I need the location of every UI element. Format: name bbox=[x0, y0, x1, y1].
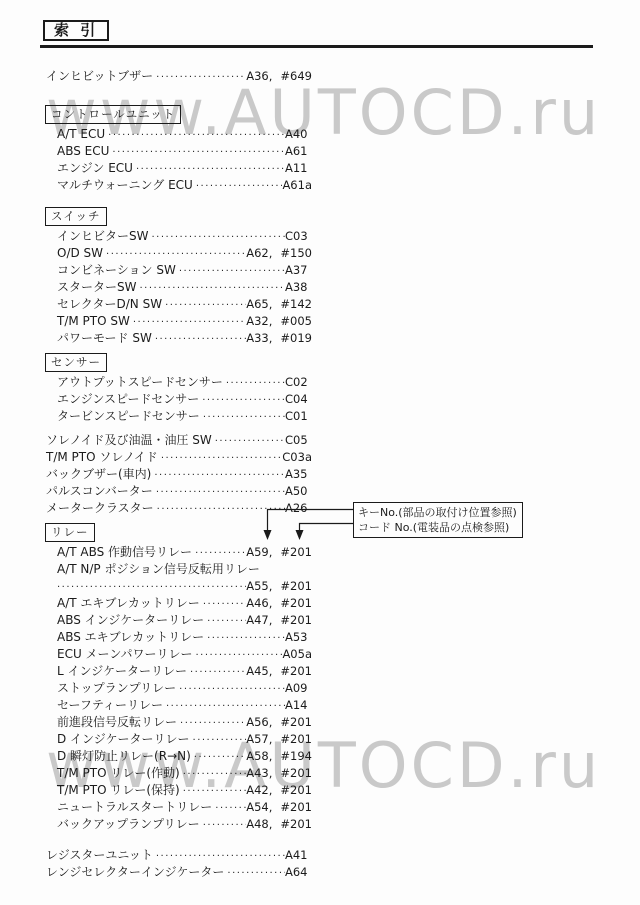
dot-leader bbox=[133, 314, 246, 331]
page-title: 索 引 bbox=[43, 20, 109, 41]
item-label: L インジケーターリレー bbox=[57, 663, 190, 680]
section-rows: インヒビターSWC03O/D SWA62,#150コンビネーション SWA37ス… bbox=[0, 228, 640, 347]
item-key: A57, bbox=[246, 731, 272, 748]
item-code: #142 bbox=[280, 296, 312, 313]
index-item: ニュートラルスタートリレーA54,#201 bbox=[57, 799, 312, 816]
item-key: A55, bbox=[246, 578, 272, 595]
item-label: インヒビットブザー bbox=[46, 68, 156, 85]
item-label: A/T エキブレカットリレー bbox=[57, 595, 203, 612]
index-item: マルチウォーニング ECUA61a bbox=[57, 177, 312, 194]
index-section: スイッチインヒビターSWC03O/D SWA62,#150コンビネーション SW… bbox=[0, 207, 640, 347]
index-list: インヒビットブザーA36,#649コントロールユニットA/T ECUA40ABS… bbox=[0, 68, 640, 881]
index-root-group: インヒビットブザーA36,#649 bbox=[0, 68, 640, 85]
item-code: #201 bbox=[280, 612, 312, 629]
dot-leader bbox=[180, 715, 246, 732]
section-header: コントロールユニット bbox=[45, 105, 181, 124]
item-code: #019 bbox=[280, 330, 312, 347]
item-key: A46, bbox=[246, 595, 272, 612]
item-key: A56, bbox=[246, 714, 272, 731]
index-item: T/M PTO リレー(作動)A43,#201 bbox=[57, 765, 312, 782]
item-code: A64 bbox=[285, 864, 312, 881]
item-label: メータークラスター bbox=[46, 500, 157, 517]
dot-leader bbox=[156, 848, 285, 865]
index-item: D 瞬灯防止リレー(R→N)A58,#194 bbox=[57, 748, 312, 765]
dot-leader bbox=[183, 766, 247, 783]
index-item: ECU メーンパワーリレーA05a bbox=[57, 646, 312, 663]
index-item: ソレノイド及び油温・油圧 SWC05 bbox=[46, 432, 312, 449]
item-label: ソレノイド及び油温・油圧 SW bbox=[46, 432, 215, 449]
item-code: C03a bbox=[282, 449, 312, 466]
item-label: インヒビターSW bbox=[57, 228, 151, 245]
item-label: ABS エキブレカットリレー bbox=[57, 629, 207, 646]
item-code: #201 bbox=[280, 578, 312, 595]
item-code: A40 bbox=[285, 126, 312, 143]
dot-leader bbox=[136, 161, 285, 178]
item-label: セーフティーリレー bbox=[57, 697, 166, 714]
section-header: センサー bbox=[45, 353, 107, 372]
dot-leader bbox=[112, 144, 285, 161]
index-item: T/M PTO リレー(保持)A42,#201 bbox=[57, 782, 312, 799]
item-code: #201 bbox=[280, 663, 312, 680]
item-code: A53 bbox=[285, 629, 312, 646]
index-section: コントロールユニットA/T ECUA40ABS ECUA61エンジン ECUA1… bbox=[0, 105, 640, 194]
item-key: A45, bbox=[246, 663, 272, 680]
item-code: A37 bbox=[285, 262, 312, 279]
index-item: レンジセレクターインジケーターA64 bbox=[46, 864, 312, 881]
index-item: コンビネーション SWA37 bbox=[57, 262, 312, 279]
index-item: エンジンスピードセンサーC04 bbox=[57, 391, 312, 408]
dot-leader bbox=[179, 681, 285, 698]
item-code: A26 bbox=[285, 500, 312, 517]
dot-leader bbox=[156, 69, 246, 86]
item-label: タービンスピードセンサー bbox=[57, 408, 203, 425]
item-label: ニュートラルスタートリレー bbox=[57, 799, 215, 816]
dot-leader bbox=[156, 484, 285, 501]
section-rows: レジスターユニットA41レンジセレクターインジケーターA64 bbox=[0, 847, 640, 881]
item-code: A50 bbox=[285, 483, 312, 500]
item-code: A11 bbox=[285, 160, 312, 177]
item-label: バックアップランプリレー bbox=[57, 816, 203, 833]
item-code: A61 bbox=[285, 143, 312, 160]
item-label: 前進段信号反転リレー bbox=[57, 714, 180, 731]
item-key: A59, bbox=[246, 544, 272, 561]
section-rows: ソレノイド及び油温・油圧 SWC05T/M PTO ソレノイドC03aバックブザ… bbox=[0, 432, 640, 517]
dot-leader bbox=[207, 630, 285, 647]
dot-leader bbox=[207, 613, 246, 630]
item-code: #649 bbox=[280, 68, 312, 85]
index-item: インヒビターSWC03 bbox=[57, 228, 312, 245]
dot-leader bbox=[151, 229, 285, 246]
item-label: ABS インジケーターリレー bbox=[57, 612, 207, 629]
dot-leader bbox=[215, 433, 285, 450]
index-item: L インジケーターリレーA45,#201 bbox=[57, 663, 312, 680]
section-rows: インヒビットブザーA36,#649 bbox=[0, 68, 640, 85]
dot-leader bbox=[161, 450, 282, 467]
index-item: T/M PTO ソレノイドC03a bbox=[46, 449, 312, 466]
index-root-group: ソレノイド及び油温・油圧 SWC05T/M PTO ソレノイドC03aバックブザ… bbox=[0, 432, 640, 517]
item-key: A32, bbox=[246, 313, 272, 330]
item-label: レンジセレクターインジケーター bbox=[46, 864, 227, 881]
index-item: A/T エキブレカットリレーA46,#201 bbox=[57, 595, 312, 612]
item-key: A54, bbox=[246, 799, 272, 816]
item-code: A14 bbox=[285, 697, 312, 714]
item-code: #201 bbox=[280, 782, 312, 799]
item-code: #201 bbox=[280, 595, 312, 612]
dot-leader bbox=[202, 392, 285, 409]
callout-line-key-no: キーNo.(部品の取付け位置参照) bbox=[358, 505, 518, 520]
item-label: O/D SW bbox=[57, 245, 106, 262]
index-page: www.AUTOCD.ru www.AUTOCD.ru 索 引 インヒビットブザ… bbox=[0, 0, 640, 905]
item-label: コンビネーション SW bbox=[57, 262, 179, 279]
index-item: ストップランプリレーA09 bbox=[57, 680, 312, 697]
item-code: #201 bbox=[280, 799, 312, 816]
dot-leader bbox=[139, 280, 285, 297]
item-code: #201 bbox=[280, 765, 312, 782]
item-label: レジスターユニット bbox=[46, 847, 156, 864]
index-item: エンジン ECUA11 bbox=[57, 160, 312, 177]
item-code: #201 bbox=[280, 714, 312, 731]
section-header: リレー bbox=[45, 523, 95, 542]
item-label: スターターSW bbox=[57, 279, 139, 296]
item-code: A61a bbox=[282, 177, 312, 194]
item-label: T/M PTO リレー(保持) bbox=[57, 782, 183, 799]
index-item: ABS エキブレカットリレーA53 bbox=[57, 629, 312, 646]
dot-leader bbox=[203, 817, 247, 834]
section-header: スイッチ bbox=[45, 207, 107, 226]
dot-leader bbox=[195, 647, 282, 664]
index-root-group: レジスターユニットA41レンジセレクターインジケーターA64 bbox=[0, 847, 640, 881]
section-rows: A/T ABS 作動信号リレーA59,#201A/T N/P ポジション信号反転… bbox=[0, 544, 640, 833]
item-label: ECU メーンパワーリレー bbox=[57, 646, 195, 663]
item-label: D インジケーターリレー bbox=[57, 731, 193, 748]
index-item: A55,#201 bbox=[57, 578, 312, 595]
title-rule bbox=[40, 45, 593, 48]
item-key: A43, bbox=[246, 765, 272, 782]
item-label: A/T N/P ポジション信号反転用リレー bbox=[57, 561, 263, 578]
index-item: バックブザー(車内)A35 bbox=[46, 466, 312, 483]
index-item: ABS インジケーターリレーA47,#201 bbox=[57, 612, 312, 629]
item-label: マルチウォーニング ECU bbox=[57, 177, 196, 194]
dot-leader bbox=[203, 596, 246, 613]
index-item: レジスターユニットA41 bbox=[46, 847, 312, 864]
index-item: スターターSWA38 bbox=[57, 279, 312, 296]
item-code: A35 bbox=[285, 466, 312, 483]
dot-leader bbox=[166, 698, 285, 715]
dot-leader bbox=[157, 501, 285, 518]
section-rows: アウトプットスピードセンサーC02エンジンスピードセンサーC04タービンスピード… bbox=[0, 374, 640, 425]
item-label: A/T ECU bbox=[57, 126, 108, 143]
item-code: C05 bbox=[285, 432, 312, 449]
item-code: #150 bbox=[280, 245, 312, 262]
item-label: ABS ECU bbox=[57, 143, 112, 160]
item-code: C03 bbox=[285, 228, 312, 245]
item-code: A38 bbox=[285, 279, 312, 296]
callout-box: キーNo.(部品の取付け位置参照) コード No.(電装品の点検参照) bbox=[353, 502, 523, 538]
index-item: メータークラスターA26 bbox=[46, 500, 312, 517]
index-section: センサーアウトプットスピードセンサーC02エンジンスピードセンサーC04タービン… bbox=[0, 353, 640, 425]
item-code: #005 bbox=[280, 313, 312, 330]
dot-leader bbox=[57, 579, 246, 596]
index-item: パワーモード SWA33,#019 bbox=[57, 330, 312, 347]
item-code: C04 bbox=[285, 391, 312, 408]
item-label: パワーモード SW bbox=[57, 330, 155, 347]
item-label: バックブザー(車内) bbox=[46, 466, 154, 483]
item-label: T/M PTO ソレノイド bbox=[46, 449, 161, 466]
item-key: A48, bbox=[246, 816, 272, 833]
dot-leader bbox=[193, 732, 247, 749]
dot-leader bbox=[154, 467, 285, 484]
dot-leader bbox=[215, 800, 246, 817]
dot-leader bbox=[155, 331, 246, 348]
item-label: アウトプットスピードセンサー bbox=[57, 374, 226, 391]
dot-leader bbox=[183, 783, 247, 800]
item-label: D 瞬灯防止リレー(R→N) bbox=[57, 748, 194, 765]
index-item: T/M PTO SWA32,#005 bbox=[57, 313, 312, 330]
index-item: A/T ECUA40 bbox=[57, 126, 312, 143]
item-key: A36, bbox=[246, 68, 272, 85]
index-section: リレーA/T ABS 作動信号リレーA59,#201A/T N/P ポジション信… bbox=[0, 523, 640, 833]
dot-leader bbox=[227, 865, 285, 882]
dot-leader bbox=[106, 246, 246, 263]
item-label: セレクターD/N SW bbox=[57, 296, 165, 313]
item-key: A47, bbox=[246, 612, 272, 629]
item-code: A05a bbox=[282, 646, 312, 663]
item-code: C02 bbox=[285, 374, 312, 391]
index-item: タービンスピードセンサーC01 bbox=[57, 408, 312, 425]
item-label: ストップランプリレー bbox=[57, 680, 179, 697]
dot-leader bbox=[165, 297, 246, 314]
dot-leader bbox=[190, 664, 246, 681]
index-item: インヒビットブザーA36,#649 bbox=[46, 68, 312, 85]
index-item: バックアップランプリレーA48,#201 bbox=[57, 816, 312, 833]
item-code: A41 bbox=[285, 847, 312, 864]
section-rows: A/T ECUA40ABS ECUA61エンジン ECUA11マルチウォーニング… bbox=[0, 126, 640, 194]
item-key: A65, bbox=[246, 296, 272, 313]
index-item: ABS ECUA61 bbox=[57, 143, 312, 160]
index-item: 前進段信号反転リレーA56,#201 bbox=[57, 714, 312, 731]
dot-leader bbox=[203, 409, 285, 426]
dot-leader bbox=[195, 545, 246, 562]
item-code: #201 bbox=[280, 731, 312, 748]
dot-leader bbox=[108, 127, 285, 144]
index-item: A/T ABS 作動信号リレーA59,#201 bbox=[57, 544, 312, 561]
dot-leader bbox=[226, 375, 285, 392]
dot-leader bbox=[194, 749, 246, 766]
index-item: A/T N/P ポジション信号反転用リレー bbox=[57, 561, 312, 578]
item-code: #201 bbox=[280, 544, 312, 561]
index-item: アウトプットスピードセンサーC02 bbox=[57, 374, 312, 391]
dot-leader bbox=[196, 178, 283, 195]
item-label: エンジン ECU bbox=[57, 160, 136, 177]
item-label: T/M PTO SW bbox=[57, 313, 133, 330]
index-item: D インジケーターリレーA57,#201 bbox=[57, 731, 312, 748]
item-code: A09 bbox=[285, 680, 312, 697]
index-item: パルスコンバーターA50 bbox=[46, 483, 312, 500]
item-label: T/M PTO リレー(作動) bbox=[57, 765, 183, 782]
index-item: O/D SWA62,#150 bbox=[57, 245, 312, 262]
item-label: パルスコンバーター bbox=[46, 483, 156, 500]
item-key: A62, bbox=[246, 245, 272, 262]
item-label: A/T ABS 作動信号リレー bbox=[57, 544, 195, 561]
item-code: #194 bbox=[280, 748, 312, 765]
item-code: #201 bbox=[280, 816, 312, 833]
index-item: セレクターD/N SWA65,#142 bbox=[57, 296, 312, 313]
item-key: A42, bbox=[246, 782, 272, 799]
callout-line-code-no: コード No.(電装品の点検参照) bbox=[358, 520, 518, 535]
item-label: エンジンスピードセンサー bbox=[57, 391, 202, 408]
index-item: セーフティーリレーA14 bbox=[57, 697, 312, 714]
item-key: A33, bbox=[246, 330, 272, 347]
dot-leader bbox=[179, 263, 285, 280]
item-code: C01 bbox=[285, 408, 312, 425]
item-key: A58, bbox=[246, 748, 272, 765]
